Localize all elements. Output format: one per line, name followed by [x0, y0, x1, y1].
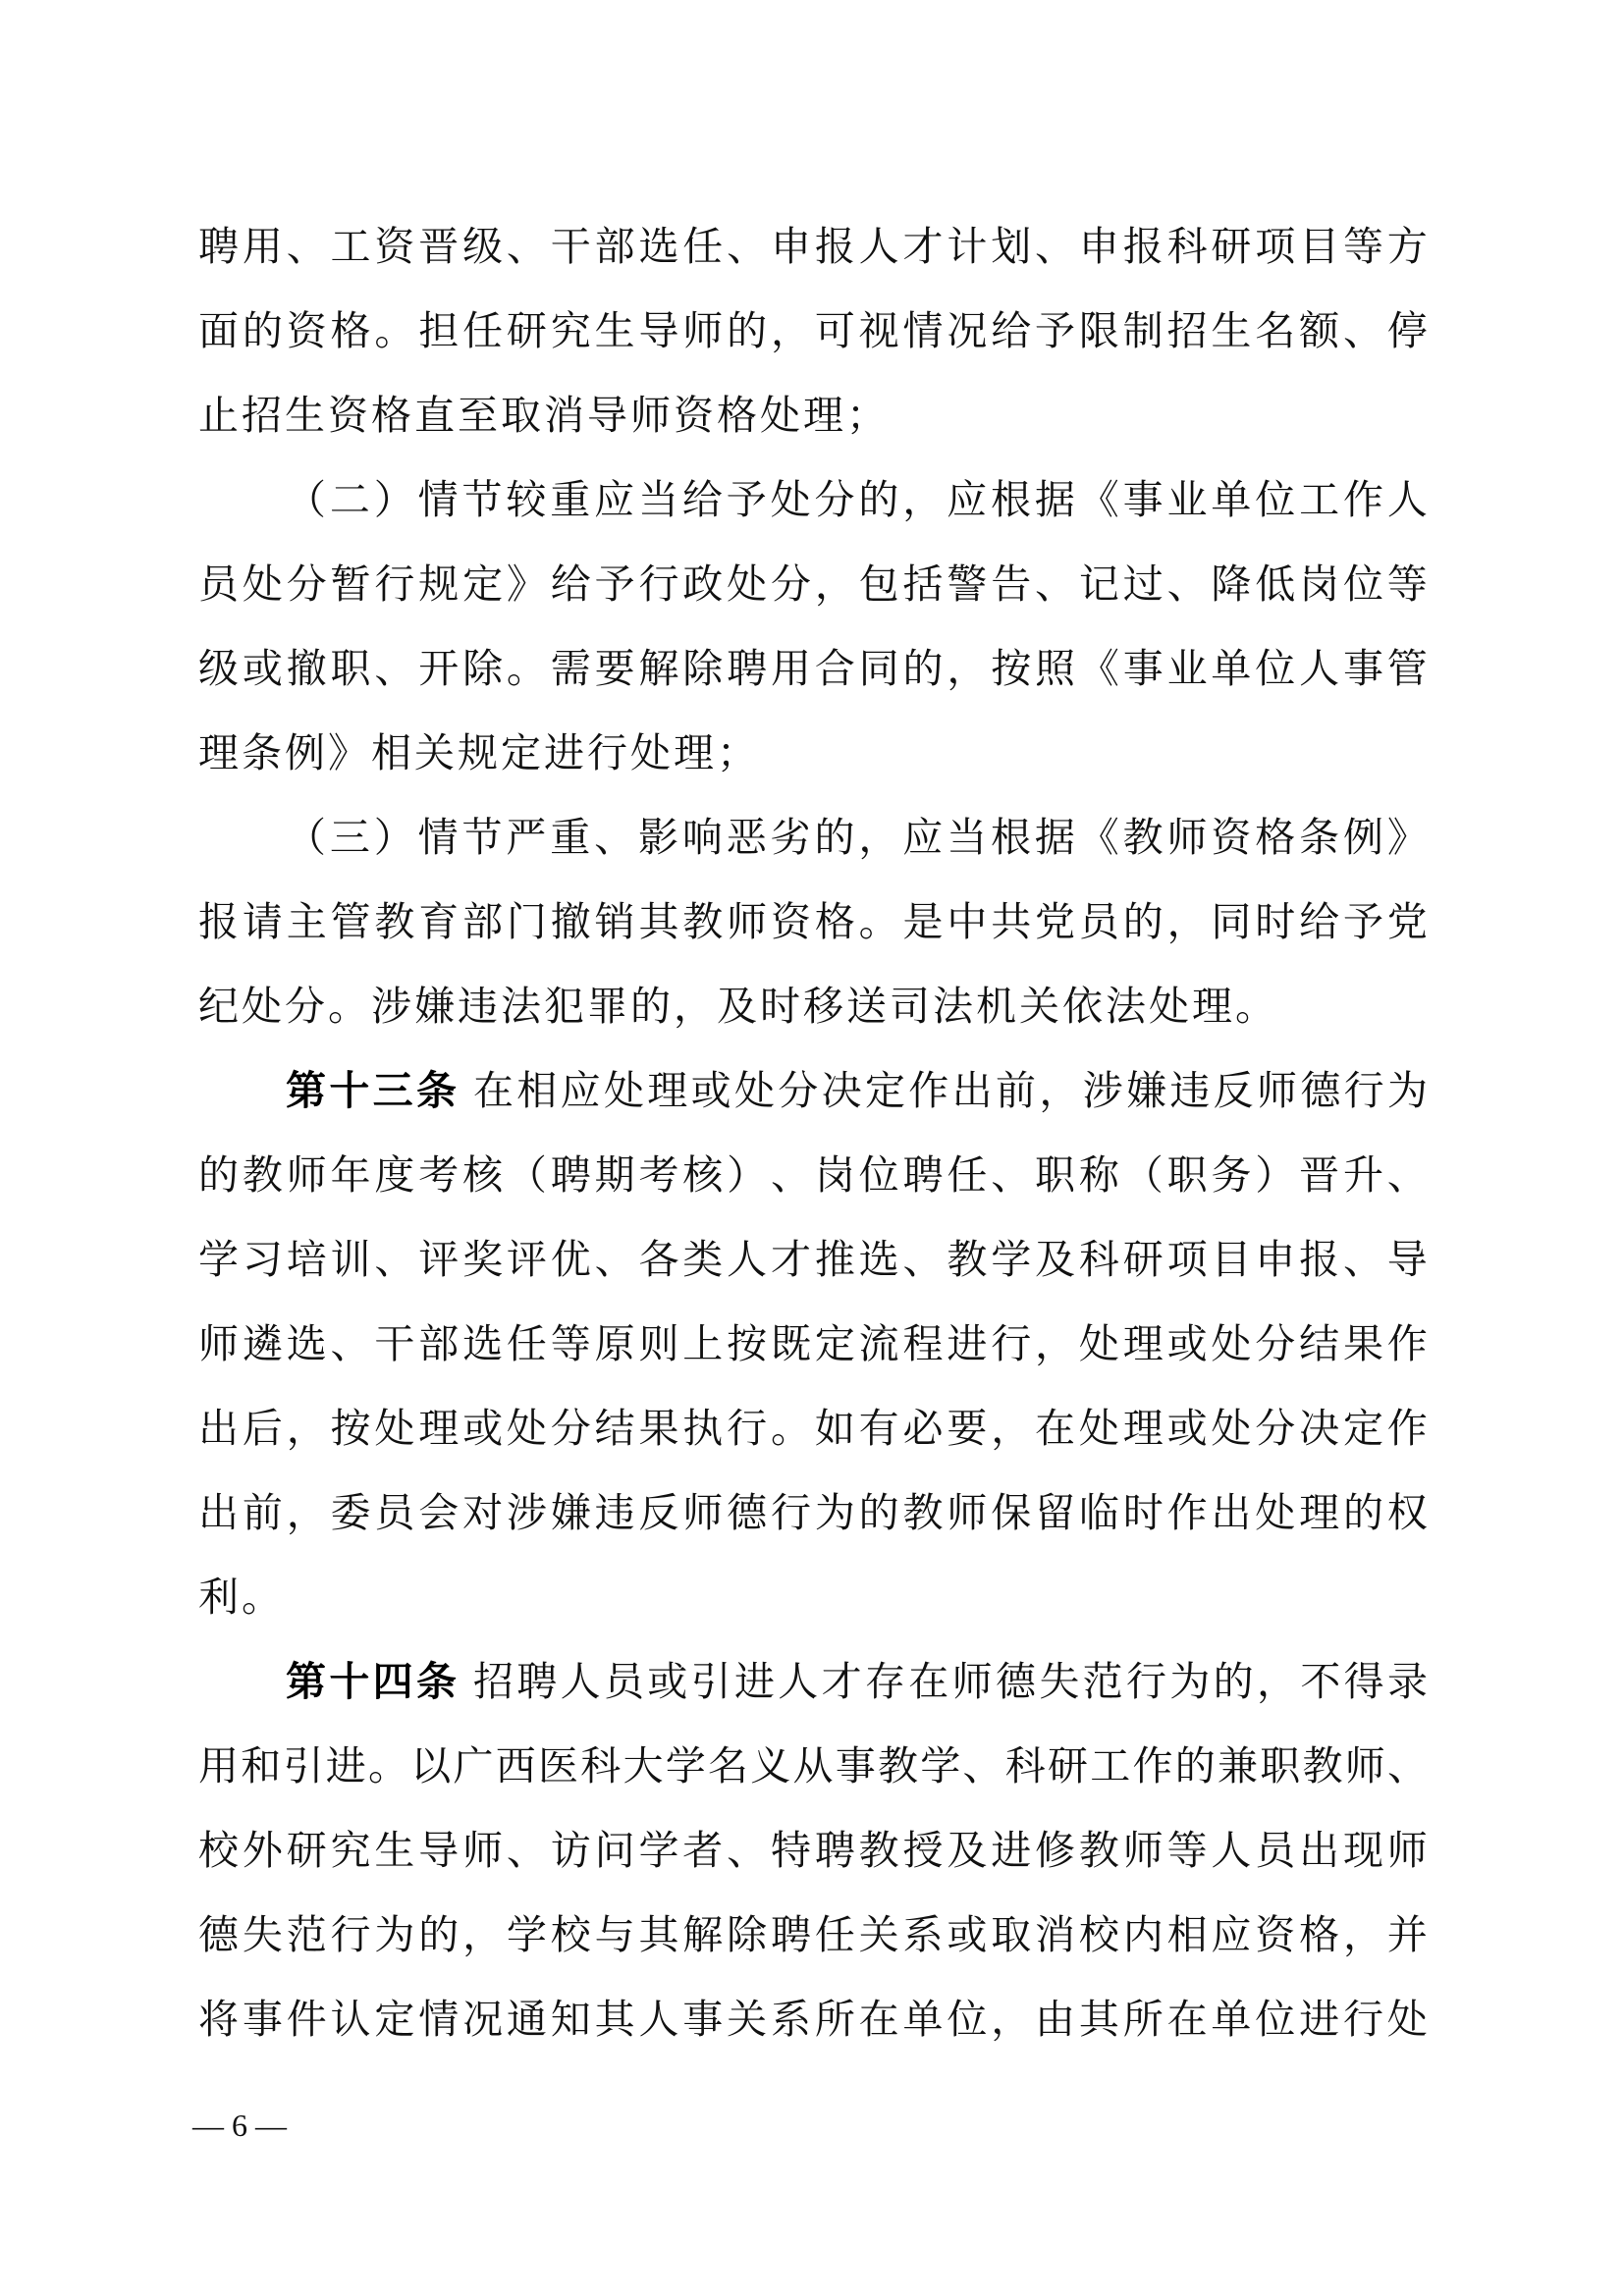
- text-line: 报请主管教育部门撤销其教师资格。是中共党员的，同时给予党: [198, 880, 1428, 964]
- article-heading: 第十四条: [286, 1658, 460, 1705]
- text-line: 出前，委员会对涉嫌违反师德行为的教师保留临时作出处理的权: [198, 1470, 1428, 1555]
- article-heading: 第十三条: [286, 1067, 460, 1114]
- article-13-first-line: 第十三条 在相应处理或处分决定作出前，涉嫌违反师德行为: [286, 1048, 1428, 1133]
- text-line: （三）情节严重、影响恶劣的，应当根据《教师资格条例》: [286, 795, 1428, 880]
- page-number: — 6 —: [192, 2104, 287, 2147]
- text-line: 出后，按处理或处分结果执行。如有必要，在处理或处分决定作: [198, 1386, 1428, 1470]
- text-line: 级或撤职、开除。需要解除聘用合同的，按照《事业单位人事管: [198, 626, 1428, 711]
- text-line: 师遴选、干部选任等原则上按既定流程进行，处理或处分结果作: [198, 1302, 1428, 1386]
- text-line: 学习培训、评奖评优、各类人才推选、教学及科研项目申报、导: [198, 1217, 1428, 1302]
- text-line: 德失范行为的，学校与其解除聘任关系或取消校内相应资格，并: [198, 1893, 1428, 1977]
- text-line: 员处分暂行规定》给予行政处分，包括警告、记过、降低岗位等: [198, 542, 1428, 626]
- text-line: 纪处分。涉嫌违法犯罪的，及时移送司法机关依法处理。: [198, 964, 1428, 1048]
- text-span: [460, 1658, 469, 1705]
- text-span: [460, 1067, 469, 1114]
- text-line: 利。: [198, 1555, 1428, 1639]
- text-line: 止招生资格直至取消导师资格处理；: [198, 373, 1428, 457]
- text-line: 的教师年度考核（聘期考核）、岗位聘任、职称（职务）晋升、: [198, 1133, 1428, 1217]
- text-line: 将事件认定情况通知其人事关系所在单位，由其所在单位进行处: [198, 1977, 1428, 2061]
- text-line: 聘用、工资晋级、干部选任、申报人才计划、申报科研项目等方: [198, 204, 1428, 289]
- text-line: （二）情节较重应当给予处分的，应根据《事业单位工作人: [286, 457, 1428, 542]
- text-span: 在相应处理或处分决定作出前，涉嫌违反师德行为: [470, 1067, 1428, 1114]
- text-line: 用和引进。以广西医科大学名义从事教学、科研工作的兼职教师、: [198, 1724, 1428, 1808]
- document-page: 聘用、工资晋级、干部选任、申报人才计划、申报科研项目等方 面的资格。担任研究生导…: [0, 0, 1624, 2296]
- article-14-first-line: 第十四条 招聘人员或引进人才存在师德失范行为的，不得录: [286, 1639, 1428, 1724]
- text-line: 理条例》相关规定进行处理；: [198, 711, 1428, 795]
- text-line: 面的资格。担任研究生导师的，可视情况给予限制招生名额、停: [198, 289, 1428, 373]
- text-span: 招聘人员或引进人才存在师德失范行为的，不得录: [470, 1658, 1428, 1705]
- text-line: 校外研究生导师、访问学者、特聘教授及进修教师等人员出现师: [198, 1808, 1428, 1893]
